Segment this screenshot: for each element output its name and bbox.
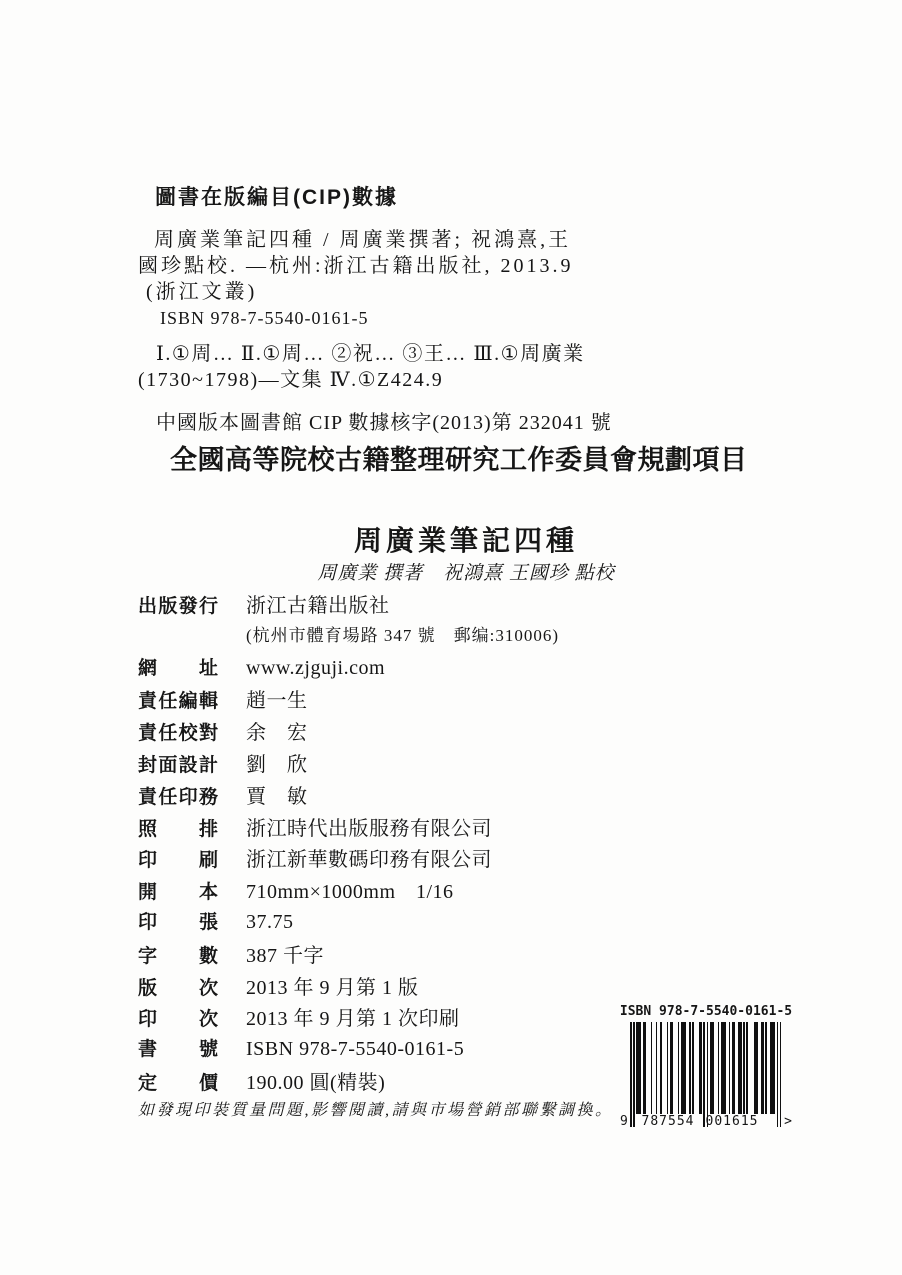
barcode-digits: 9 787554 001615 > — [620, 1115, 792, 1128]
barcode-bars — [630, 1022, 782, 1127]
colophon-row: 網址 www.zjguji.com — [138, 653, 559, 685]
colophon-table: 出版發行 浙江古籍出版社 (杭州市體育場路 347 號 郵编:310006) 網… — [138, 589, 559, 1098]
row-label: 責任印務 — [138, 782, 218, 809]
cip-record-line: 國珍點校. —杭州:浙江古籍出版社, 2013.9 — [138, 253, 574, 279]
colophon-row: 封面設計 劉 欣 — [138, 748, 559, 780]
colophon-row: 印次 2013 年 9 月第 1 次印刷 — [138, 1002, 559, 1034]
row-value: 余 宏 — [246, 716, 308, 745]
cip-series-note: (浙江文叢) — [138, 279, 574, 305]
cip-record: 周廣業筆記四種 / 周廣業撰著; 祝鴻熹,王 國珍點校. —杭州:浙江古籍出版社… — [138, 227, 574, 331]
cip-classification-line: (1730~1798)—文集 Ⅳ.①Z424.9 — [138, 367, 585, 393]
row-label: 定價 — [138, 1068, 218, 1095]
row-label: 網址 — [138, 653, 218, 680]
row-value: 賈 敏 — [246, 780, 308, 809]
row-value: 浙江時代出版服務有限公司 — [246, 812, 492, 841]
row-value: 趙一生 — [246, 684, 308, 713]
cip-isbn-line: ISBN 978-7-5540-0161-5 — [138, 305, 574, 331]
isbn-barcode: ISBN 978-7-5540-0161-5 9 787554 001615 > — [617, 1004, 795, 1128]
row-label: 印次 — [138, 1004, 218, 1031]
row-label: 開本 — [138, 877, 218, 904]
row-label: 書號 — [138, 1034, 218, 1061]
cip-header: 圖書在版編目(CIP)數據 — [155, 181, 398, 211]
colophon-row: 照排 浙江時代出版服務有限公司 — [138, 812, 559, 844]
row-label: 印張 — [138, 907, 218, 934]
row-value: 387 千字 — [246, 939, 324, 968]
cip-classification: Ⅰ.①周… Ⅱ.①周… ②祝… ③王… Ⅲ.①周廣業 (1730~1798)—文… — [138, 341, 585, 393]
quality-note: 如發現印裝質量問題,影響閱讀,請與市場營銷部聯繫調換。 — [138, 1097, 614, 1120]
row-value: 浙江新華數碼印務有限公司 — [246, 843, 492, 872]
colophon-page: 圖書在版編目(CIP)數據 周廣業筆記四種 / 周廣業撰著; 祝鴻熹,王 國珍點… — [0, 0, 902, 1275]
row-value: ISBN 978-7-5540-0161-5 — [246, 1038, 464, 1061]
row-value: 2013 年 9 月第 1 次印刷 — [246, 1002, 460, 1031]
colophon-row: 書號 ISBN 978-7-5540-0161-5 — [138, 1034, 559, 1066]
publisher-address-note: (杭州市體育場路 347 號 郵编:310006) — [138, 621, 559, 653]
row-label: 照排 — [138, 814, 218, 841]
row-label: 出版發行 — [138, 591, 218, 618]
row-value: www.zjguji.com — [246, 657, 385, 680]
barcode-digit-lead: 9 — [620, 1115, 636, 1128]
cip-classification-line: Ⅰ.①周… Ⅱ.①周… ②祝… ③王… Ⅲ.①周廣業 — [138, 341, 585, 367]
row-value: 浙江古籍出版社 — [246, 589, 390, 618]
barcode-digit-group2: 001615 — [700, 1115, 764, 1128]
row-value: 37.75 — [246, 911, 294, 934]
colophon-row: 開本 710mm×1000mm 1/16 — [138, 875, 559, 907]
barcode-digit-suffix: > — [764, 1115, 792, 1128]
book-title: 周廣業筆記四種 — [0, 519, 902, 559]
colophon-row: 出版發行 浙江古籍出版社 — [138, 589, 559, 621]
barcode-isbn-text: ISBN 978-7-5540-0161-5 — [617, 1004, 795, 1019]
colophon-row: 責任校對 余 宏 — [138, 716, 559, 748]
row-value: 710mm×1000mm 1/16 — [246, 875, 454, 904]
project-banner: 全國高等院校古籍整理研究工作委員會規劃項目 — [170, 438, 748, 477]
book-authors: 周廣業 撰著 祝鴻熹 王國珍 點校 — [0, 558, 902, 585]
row-label: 責任校對 — [138, 718, 218, 745]
cip-record-line: 周廣業筆記四種 / 周廣業撰著; 祝鴻熹,王 — [138, 227, 574, 253]
row-label: 字數 — [138, 941, 218, 968]
colophon-row: 印刷 浙江新華數碼印務有限公司 — [138, 843, 559, 875]
row-value: 2013 年 9 月第 1 版 — [246, 971, 419, 1000]
cip-registry-number: 中國版本圖書館 CIP 數據核字(2013)第 232041 號 — [156, 406, 612, 435]
barcode-digit-group1: 787554 — [636, 1115, 700, 1128]
colophon-row: 責任印務 賈 敏 — [138, 780, 559, 812]
row-label: 版次 — [138, 973, 218, 1000]
colophon-row: 責任編輯 趙一生 — [138, 684, 559, 716]
row-value: 190.00 圓(精裝) — [246, 1066, 385, 1095]
colophon-row: 版次 2013 年 9 月第 1 版 — [138, 971, 559, 1003]
colophon-row: 字數 387 千字 — [138, 939, 559, 971]
row-value: 劉 欣 — [246, 748, 308, 777]
row-label: 封面設計 — [138, 750, 218, 777]
colophon-row: 定價 190.00 圓(精裝) — [138, 1066, 559, 1098]
colophon-row: 印張 37.75 — [138, 907, 559, 939]
row-label: 印刷 — [138, 845, 218, 872]
row-label: 責任編輯 — [138, 686, 218, 713]
